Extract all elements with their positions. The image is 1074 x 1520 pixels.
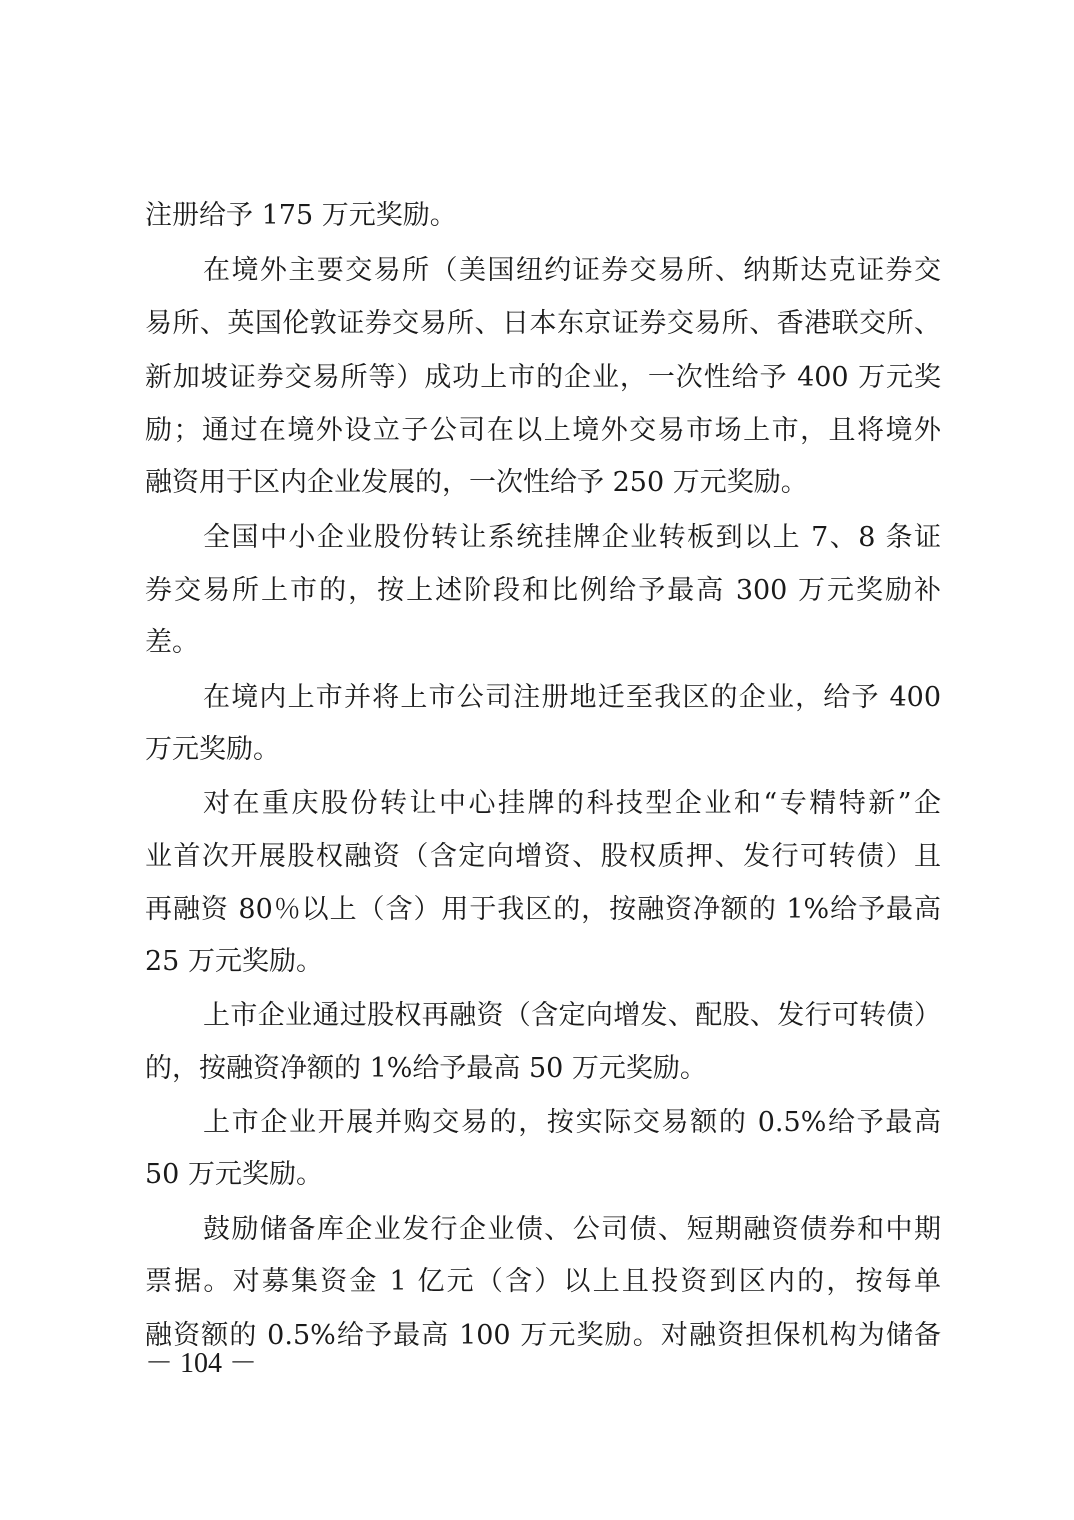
text-line-17: 的，按融资净额的 1%给予最高 50 万元奖励。 [145, 1043, 941, 1095]
text-line-19: 50 万元奖励。 [145, 1149, 941, 1201]
text-line-2: 在境外主要交易所（美国纽约证券交易所、纳斯达克证券交 [203, 245, 941, 297]
text-line-4: 新加坡证券交易所等）成功上市的企业，一次性给予 400 万元奖 [145, 352, 941, 404]
text-line-3: 易所、英国伦敦证券交易所、日本东京证券交易所、香港联交所、 [145, 298, 941, 350]
text-line-10: 在境内上市并将上市公司注册地迁至我区的企业，给予 400 [203, 672, 941, 724]
text-line-7: 全国中小企业股份转让系统挂牌企业转板到以上 7、8 条证 [203, 512, 941, 564]
text-line-5: 励；通过在境外设立子公司在以上境外交易市场上市，且将境外 [145, 405, 941, 457]
text-line-11: 万元奖励。 [145, 724, 941, 776]
text-line-15: 25 万元奖励。 [145, 936, 941, 988]
text-line-18: 上市企业开展并购交易的，按实际交易额的 0.5%给予最高 [203, 1097, 941, 1149]
text-line-14: 再融资 80％以上（含）用于我区的，按融资净额的 1%给予最高 [145, 884, 941, 936]
page-number: － 104 － [145, 1344, 257, 1384]
text-line-16: 上市企业通过股权再融资（含定向增发、配股、发行可转债） [203, 990, 941, 1042]
text-line-6: 融资用于区内企业发展的，一次性给予 250 万元奖励。 [145, 457, 941, 509]
text-line-22: 融资额的 0.5%给予最高 100 万元奖励。对融资担保机构为储备 [145, 1310, 941, 1362]
text-line-9: 差。 [145, 617, 941, 669]
text-line-8: 券交易所上市的，按上述阶段和比例给予最高 300 万元奖励补 [145, 565, 941, 617]
text-line-12: 对在重庆股份转让中心挂牌的科技型企业和“专精特新”企 [203, 778, 941, 830]
text-line-13: 业首次开展股权融资（含定向增资、股权质押、发行可转债）且 [145, 831, 941, 883]
text-line-1: 注册给予 175 万元奖励。 [145, 190, 941, 242]
text-line-20: 鼓励储备库企业发行企业债、公司债、短期融资债券和中期 [203, 1204, 941, 1256]
text-line-21: 票据。对募集资金 1 亿元（含）以上且投资到区内的，按每单 [145, 1256, 941, 1308]
